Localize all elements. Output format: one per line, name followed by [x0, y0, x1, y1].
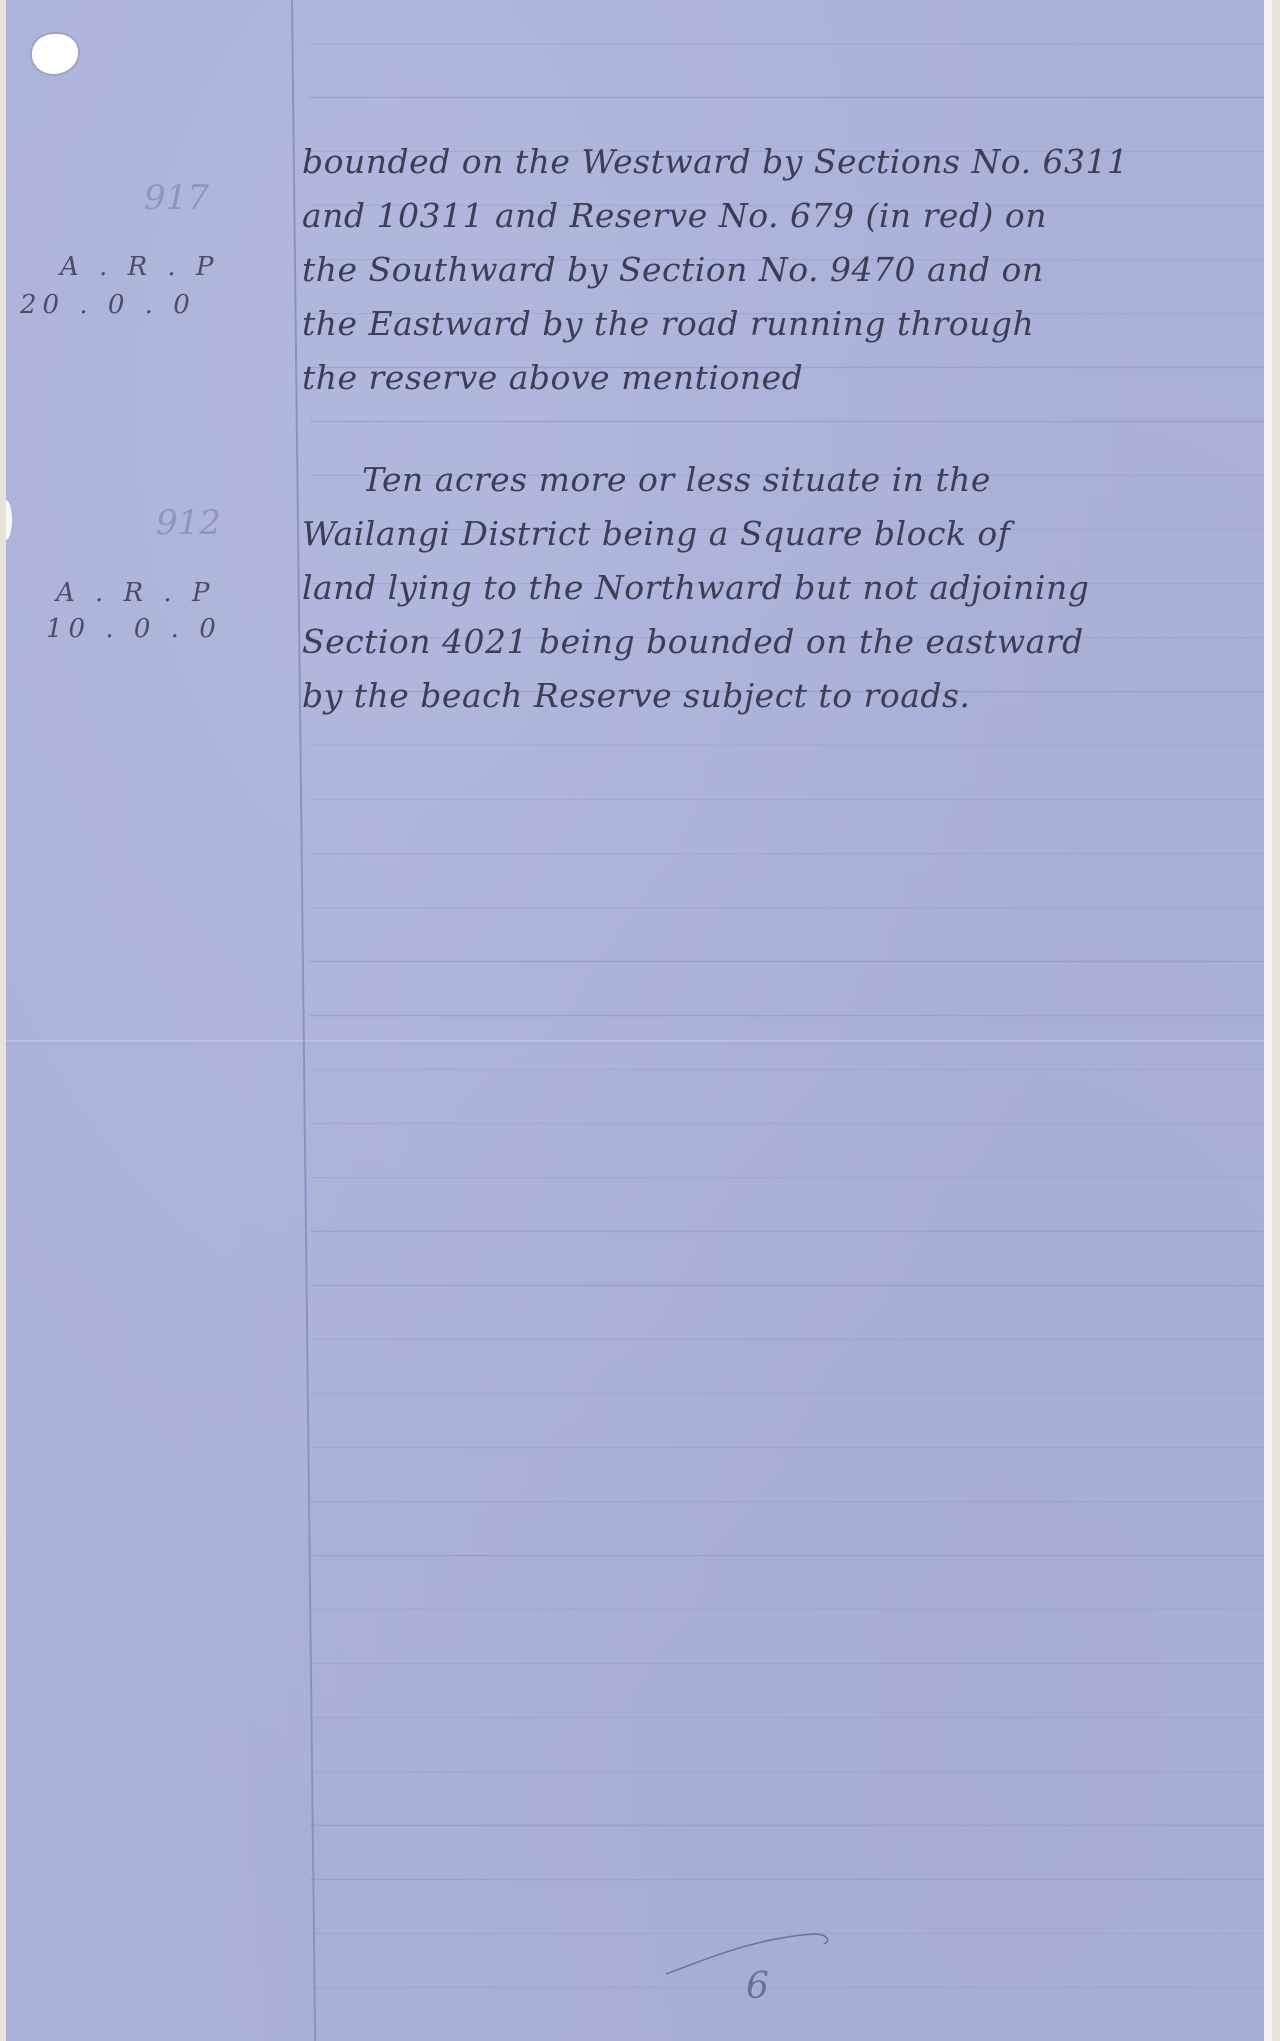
- text-line: bounded on the Westward by Sections No. …: [302, 142, 1129, 181]
- text-line: and 10311 and Reserve No. 679 (in red) o…: [302, 196, 1047, 235]
- text-line: the Eastward by the road running through: [302, 304, 1034, 343]
- area-value: 20 . 0 . 0: [20, 290, 196, 320]
- text-line: by the beach Reserve subject to roads.: [302, 676, 970, 715]
- text-line: the Southward by Section No. 9470 and on: [302, 250, 1044, 289]
- area-header: A . R . P: [60, 252, 219, 282]
- punch-hole: [32, 34, 78, 74]
- page-number: 6: [746, 1966, 769, 2007]
- pencil-reference: 912: [156, 503, 221, 543]
- text-line: Wailangi District being a Square block o…: [302, 514, 1011, 553]
- area-value: 10 . 0 . 0: [46, 614, 222, 644]
- text-line: land lying to the Northward but not adjo…: [302, 568, 1089, 607]
- text-line: the reserve above mentioned: [302, 358, 803, 397]
- pencil-reference: 917: [144, 178, 209, 218]
- text-line: Ten acres more or less situate in the: [362, 460, 991, 499]
- paper-edge: [1264, 0, 1272, 2041]
- paper-fold: [6, 1040, 1272, 1044]
- edge-notch: [6, 500, 12, 540]
- text-line: Section 4021 being bounded on the eastwa…: [302, 622, 1084, 661]
- area-header: A . R . P: [56, 578, 215, 608]
- document-page: 917 A . R . P 20 . 0 . 0 bounded on the …: [6, 0, 1272, 2041]
